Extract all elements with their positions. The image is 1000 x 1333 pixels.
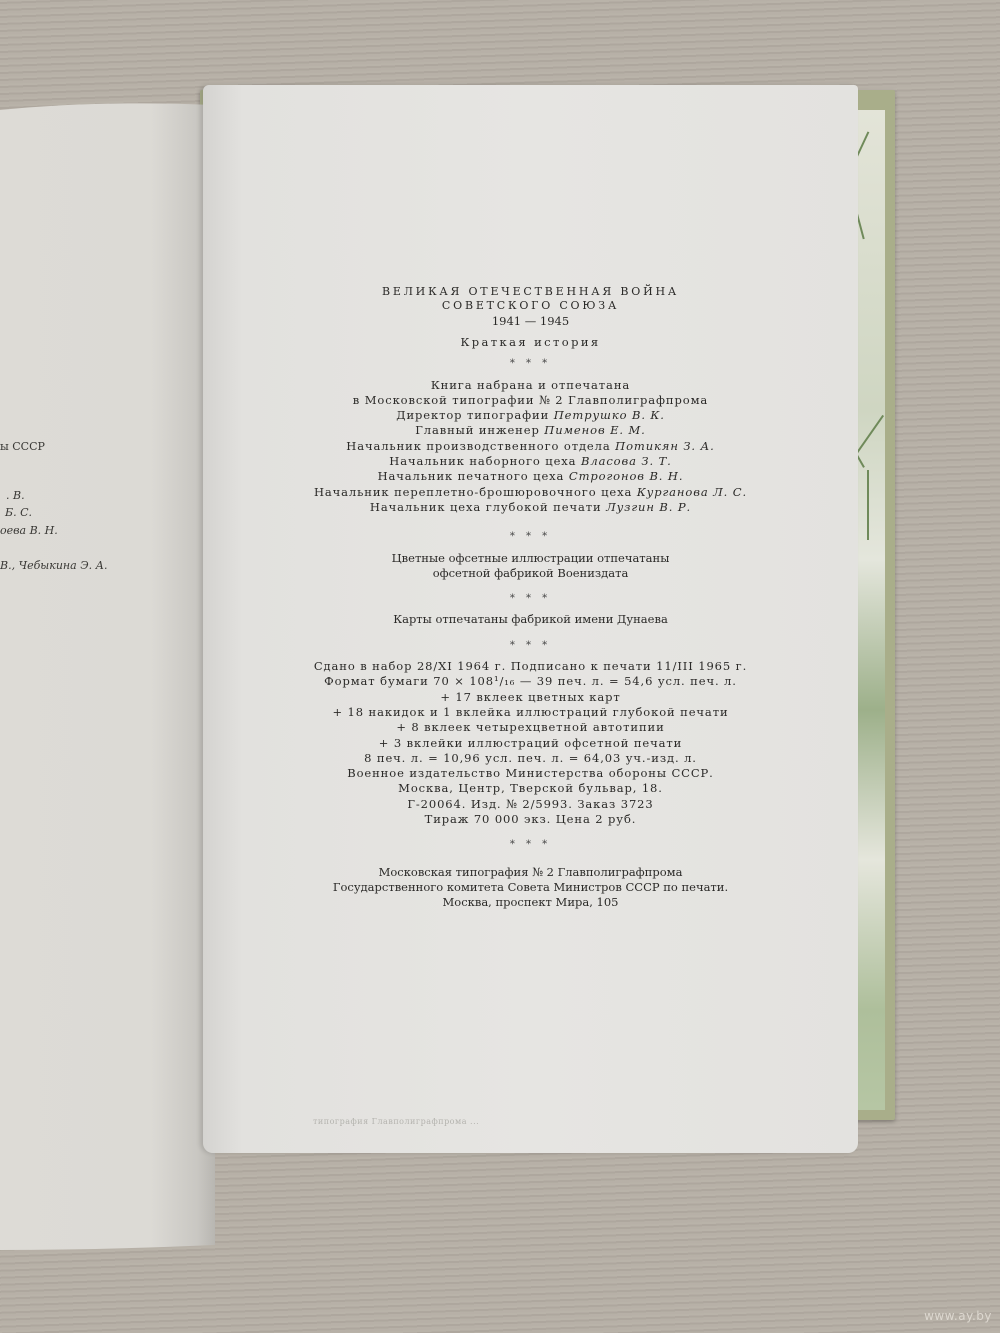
imprint-line: + 18 накидок и 1 вклейка иллюстраций глу… xyxy=(203,705,858,720)
staff-name: Пименов Е. М. xyxy=(544,423,645,437)
book-subtitle: Краткая история xyxy=(203,335,858,350)
bleed-through-text: типография Главполиграфпрома ... xyxy=(313,1117,479,1126)
imprint-line: + 17 вклеек цветных карт xyxy=(203,690,858,705)
maps-note: Карты отпечатаны фабрикой имени Дунаева xyxy=(203,612,858,627)
separator: * * * xyxy=(203,638,858,653)
imprint-line: Сдано в набор 28/XI 1964 г. Подписано к … xyxy=(203,659,858,674)
printer-line: Государственного комитета Совета Министр… xyxy=(203,880,858,895)
staff-row: Начальник переплетно-брошюровочного цеха… xyxy=(203,485,858,500)
imprint-line: + 3 вклейки иллюстраций офсетной печати xyxy=(203,736,858,751)
left-page: ы СССР . В. Б. С. оева В. Н. В., Чебыкин… xyxy=(0,100,215,1250)
staff-name: Курганова Л. С. xyxy=(637,485,747,499)
imprint-line: Формат бумаги 70 × 108¹/₁₆ — 39 печ. л. … xyxy=(203,674,858,689)
imprint-line: 8 печ. л. = 10,96 усл. печ. л. = 64,03 у… xyxy=(203,751,858,766)
left-page-fragment: ы СССР xyxy=(0,440,45,453)
separator: * * * xyxy=(203,529,858,544)
staff-row: Главный инженер Пименов Е. М. xyxy=(203,423,858,438)
imprint-line: Г-20064. Изд. № 2/5993. Заказ 3723 xyxy=(203,797,858,812)
separator: * * * xyxy=(203,591,858,606)
staff-role: Начальник переплетно-брошюровочного цеха xyxy=(314,485,632,499)
staff-name: Власова З. Т. xyxy=(581,454,672,468)
book-title-line2: СОВЕТСКОГО СОЮЗА xyxy=(203,299,858,313)
printer-line: Московская типография № 2 Главполиграфпр… xyxy=(203,865,858,880)
watermark: www.ay.by xyxy=(924,1309,992,1323)
imprint-line: Тираж 70 000 экз. Цена 2 руб. xyxy=(203,812,858,827)
staff-name: Строгонов В. Н. xyxy=(569,469,684,483)
imprint-line: + 8 вклеек четырехцветной автотипии xyxy=(203,720,858,735)
book-years: 1941 — 1945 xyxy=(203,313,858,329)
staff-role: Начальник цеха глубокой печати xyxy=(370,500,602,514)
imprint-line: Военное издательство Министерства оборон… xyxy=(203,766,858,781)
separator: * * * xyxy=(203,356,858,371)
staff-name: Петрушко В. К. xyxy=(554,408,665,422)
staff-name: Лузгин В. Р. xyxy=(606,500,691,514)
offset-note: Цветные офсетные иллюстрации отпечатаны xyxy=(203,551,858,566)
staff-name: Потикян З. А. xyxy=(615,439,715,453)
offset-note: офсетной фабрикой Воениздата xyxy=(203,566,858,581)
staff-intro: Книга набрана и отпечатана xyxy=(203,378,858,393)
printing-staff: Книга набрана и отпечатана в Московской … xyxy=(203,378,858,516)
right-page-colophon: ВЕЛИКАЯ ОТЕЧЕСТВЕННАЯ ВОЙНА СОВЕТСКОГО С… xyxy=(203,85,858,1153)
staff-row: Начальник производственного отдела Потик… xyxy=(203,439,858,454)
colophon-text: ВЕЛИКАЯ ОТЕЧЕСТВЕННАЯ ВОЙНА СОВЕТСКОГО С… xyxy=(203,285,858,911)
imprint-block: Сдано в набор 28/XI 1964 г. Подписано к … xyxy=(203,659,858,827)
staff-role: Главный инженер xyxy=(415,423,539,437)
printer-line: Москва, проспект Мира, 105 xyxy=(203,895,858,910)
imprint-line: Москва, Центр, Тверской бульвар, 18. xyxy=(203,781,858,796)
left-page-fragment: В., Чебыкина Э. А. xyxy=(0,559,107,572)
staff-row: Начальник печатного цеха Строгонов В. Н. xyxy=(203,469,858,484)
left-page-fragment: . В. xyxy=(6,489,25,502)
printer-block: Московская типография № 2 Главполиграфпр… xyxy=(203,865,858,911)
staff-role: Начальник производственного отдела xyxy=(346,439,610,453)
staff-intro: в Московской типографии № 2 Главполиграф… xyxy=(203,393,858,408)
staff-role: Директор типографии xyxy=(396,408,549,422)
staff-row: Начальник наборного цеха Власова З. Т. xyxy=(203,454,858,469)
left-page-fragment: Б. С. xyxy=(5,506,32,519)
separator: * * * xyxy=(203,837,858,852)
book-title-line1: ВЕЛИКАЯ ОТЕЧЕСТВЕННАЯ ВОЙНА xyxy=(203,285,858,299)
staff-row: Начальник цеха глубокой печати Лузгин В.… xyxy=(203,500,858,515)
staff-role: Начальник печатного цеха xyxy=(378,469,565,483)
staff-row: Директор типографии Петрушко В. К. xyxy=(203,408,858,423)
staff-role: Начальник наборного цеха xyxy=(389,454,576,468)
left-page-fragment: оева В. Н. xyxy=(0,524,58,537)
